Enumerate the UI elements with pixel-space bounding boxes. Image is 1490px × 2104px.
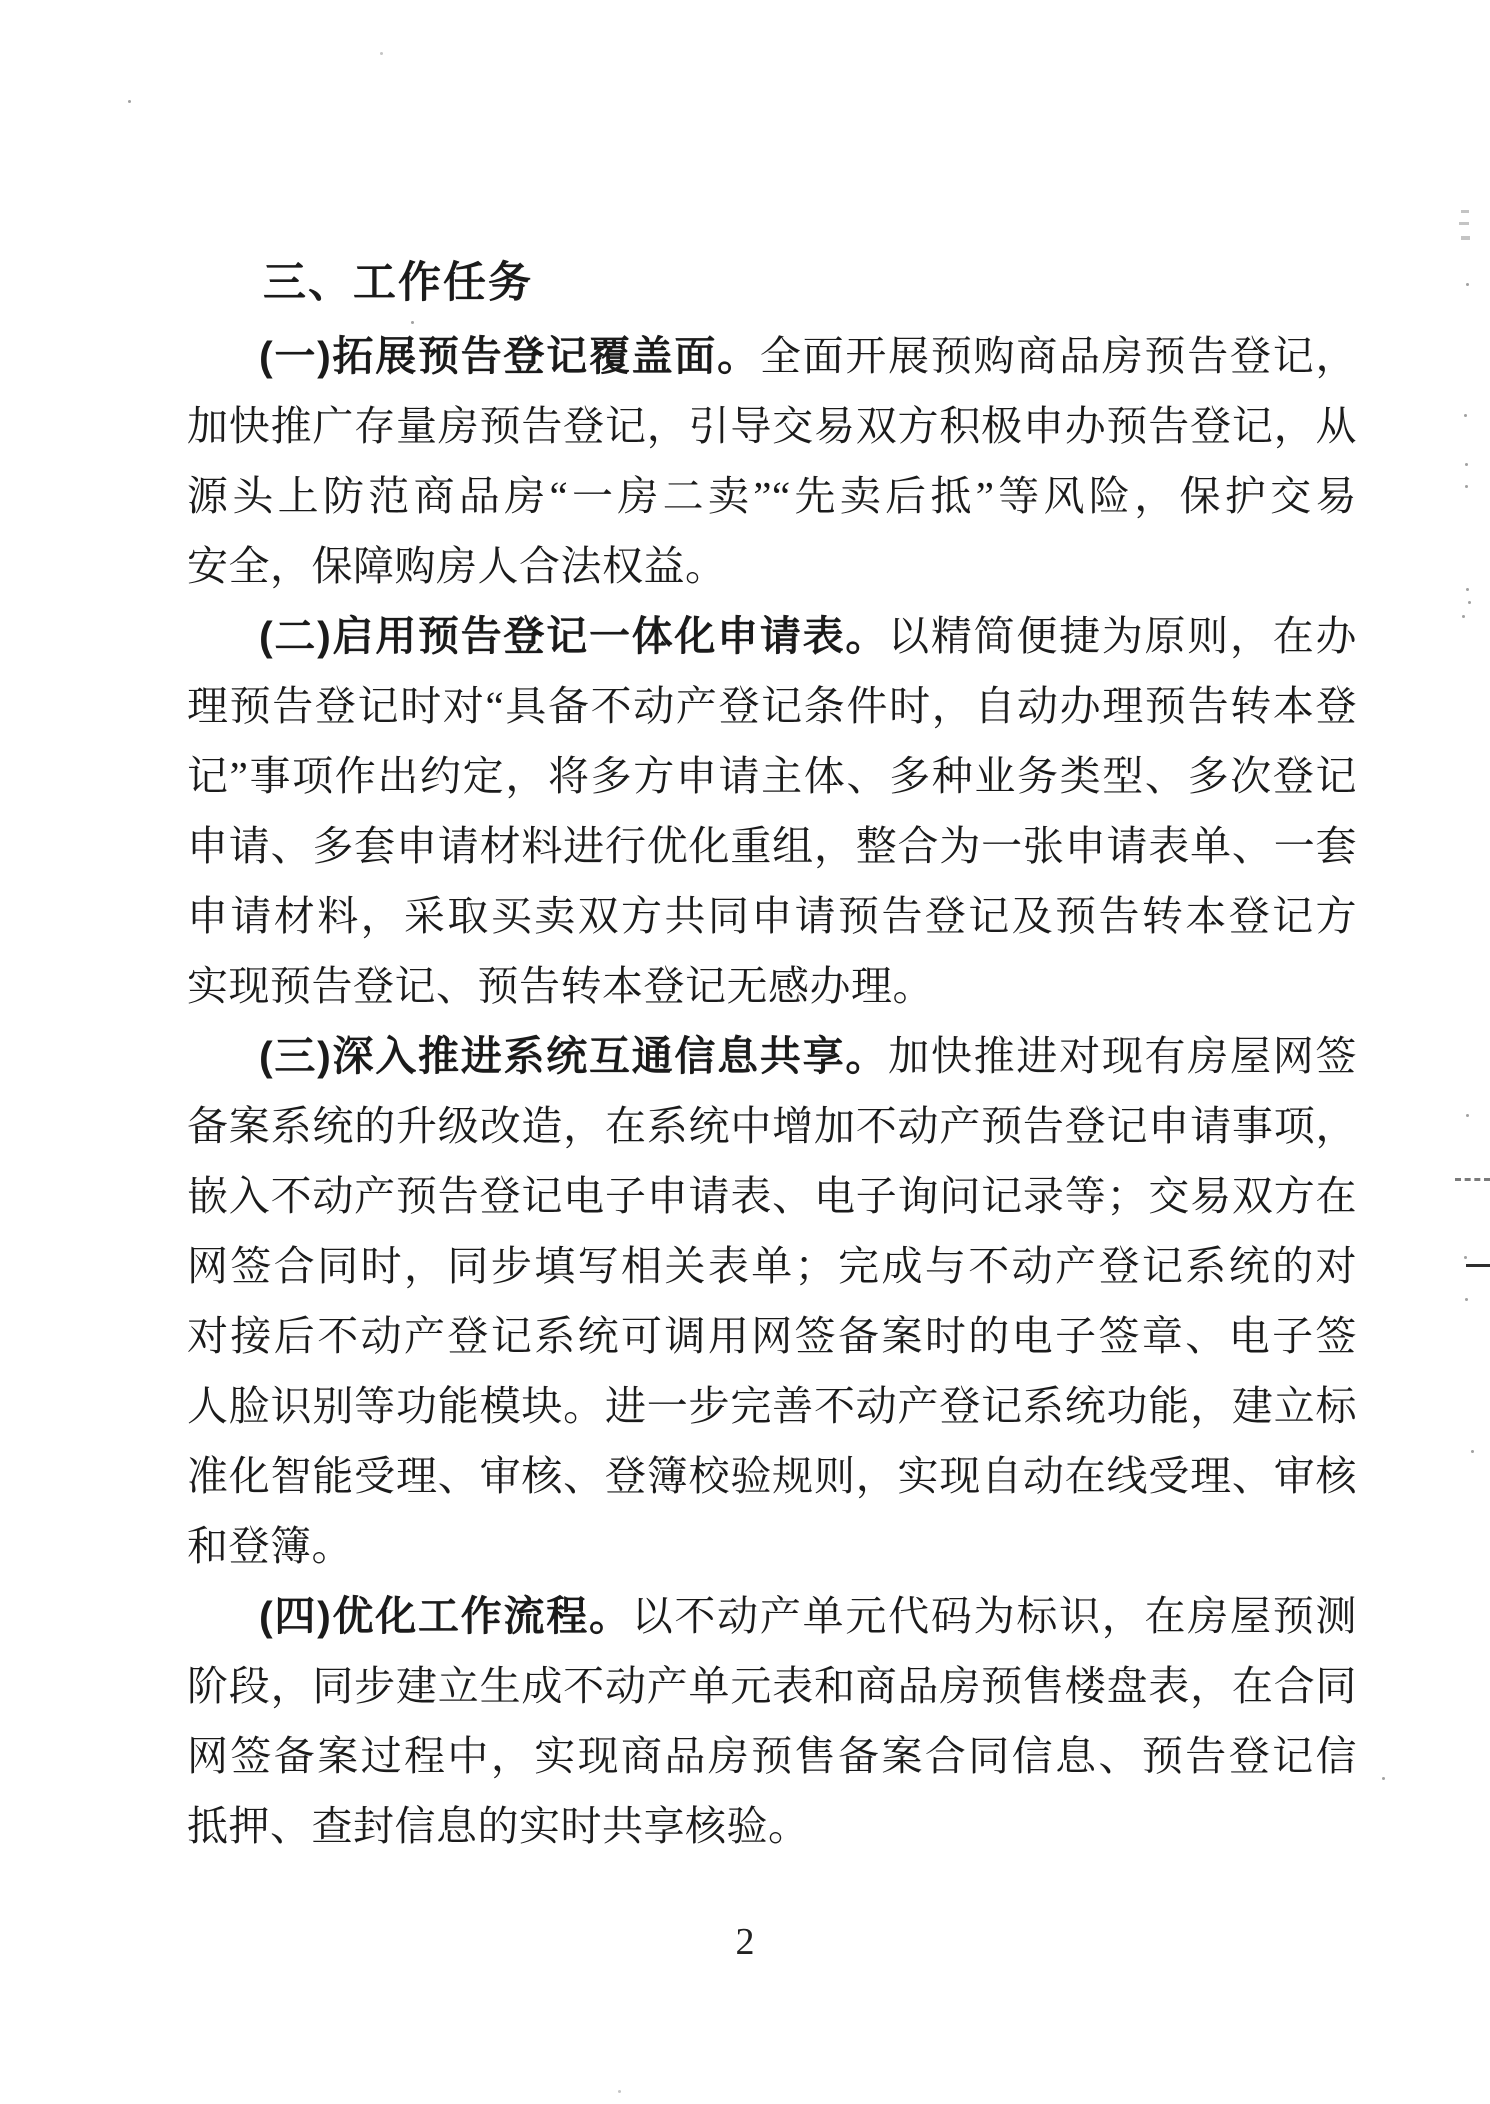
page-number: 2	[0, 1922, 1490, 1962]
scan-smudge	[1461, 210, 1469, 213]
scan-speck	[380, 52, 383, 55]
text-line: 安全，保障购房人合法权益。	[187, 531, 1357, 601]
text-line: 网签备案过程中，实现商品房预售备案合同信息、预告登记信息、	[187, 1721, 1357, 1791]
text-line: 对接后不动产登记系统可调用网签备案时的电子签章、电子签名、	[187, 1301, 1357, 1371]
text-line: 申请、多套申请材料进行优化重组，整合为一张申请表单、一套	[187, 811, 1357, 881]
text-line: (二)启用预告登记一体化申请表。以精简便捷为原则，在办	[187, 601, 1357, 671]
text-line: 理预告登记时对“具备不动产登记条件时，自动办理预告转本登	[187, 671, 1357, 741]
line-text: 对接后不动产登记系统可调用网签备案时的电子签章、电子签名、	[187, 1313, 1357, 1371]
line-text: 备案系统的升级改造，在系统中增加不动产预告登记申请事项，	[187, 1103, 1357, 1149]
text-line: 备案系统的升级改造，在系统中增加不动产预告登记申请事项，	[187, 1091, 1357, 1161]
line-text: 实现预告登记、预告转本登记无感办理。	[187, 963, 934, 1009]
line-text: 安全，保障购房人合法权益。	[187, 543, 727, 589]
scan-speck	[1465, 463, 1468, 466]
text-line: 和登簿。	[187, 1511, 1357, 1581]
text-line: 实现预告登记、预告转本登记无感办理。	[187, 951, 1357, 1021]
scan-line-mark	[1466, 1264, 1490, 1267]
text-line: (四)优化工作流程。以不动产单元代码为标识，在房屋预测	[187, 1581, 1357, 1651]
scan-speck	[128, 100, 131, 103]
scan-speck	[1462, 615, 1465, 618]
paragraph-lead-bold: (四)优化工作流程。	[259, 1593, 632, 1639]
scan-smudge	[1459, 222, 1469, 225]
paragraph-lead-bold: (一)拓展预告登记覆盖面。	[259, 333, 760, 379]
text-line: 加快推广存量房预告登记，引导交易双方积极申办预告登记，从	[187, 391, 1357, 461]
paragraph-lead-bold: (二)启用预告登记一体化申请表。	[259, 613, 888, 659]
scanned-document-page: { "page": { "number": "2" }, "document":…	[0, 0, 1490, 2104]
scan-smudge	[1461, 236, 1470, 240]
text-line: 抵押、查封信息的实时共享核验。	[187, 1791, 1357, 1861]
scan-speck	[1466, 588, 1469, 591]
text-line: (一)拓展预告登记覆盖面。全面开展预购商品房预告登记，	[187, 321, 1357, 391]
text-line: 源头上防范商品房“一房二卖”“先卖后抵”等风险，保护交易	[187, 461, 1357, 531]
scan-speck	[1382, 1777, 1385, 1780]
line-text: 申请材料，采取买卖双方共同申请预告登记及预告转本登记方式，	[187, 893, 1357, 951]
scan-speck	[1466, 283, 1469, 286]
text-line: 嵌入不动产预告登记电子申请表、电子询问记录等；交易双方在	[187, 1161, 1357, 1231]
scan-speck	[411, 321, 414, 324]
scan-speck	[1465, 1298, 1468, 1301]
line-text: 加快推进对现有房屋网签	[888, 1033, 1357, 1079]
paragraph-lead-bold: (三)深入推进系统互通信息共享。	[259, 1033, 888, 1079]
line-text: 嵌入不动产预告登记电子申请表、电子询问记录等；交易双方在	[187, 1173, 1357, 1219]
line-text: 记”事项作出约定，将多方申请主体、多种业务类型、多次登记	[187, 753, 1357, 799]
line-text: 网签备案过程中，实现商品房预售备案合同信息、预告登记信息、	[187, 1733, 1357, 1791]
line-text: 以精简便捷为原则，在办	[888, 613, 1357, 659]
text-line: 申请材料，采取买卖双方共同申请预告登记及预告转本登记方式，	[187, 881, 1357, 951]
scan-speck	[1464, 414, 1467, 417]
section-heading: 三、工作任务	[187, 246, 1357, 321]
scan-dashed-mark	[1455, 1178, 1490, 1181]
line-text: 人脸识别等功能模块。进一步完善不动产登记系统功能，建立标	[187, 1383, 1357, 1429]
scan-speck	[618, 2090, 621, 2093]
line-text: 阶段，同步建立生成不动产单元表和商品房预售楼盘表，在合同	[187, 1663, 1357, 1709]
line-text: 准化智能受理、审核、登簿校验规则，实现自动在线受理、审核	[187, 1453, 1357, 1499]
line-text: 加快推广存量房预告登记，引导交易双方积极申办预告登记，从	[187, 403, 1357, 449]
document-body: 三、工作任务 (一)拓展预告登记覆盖面。全面开展预购商品房预告登记， 加快推广存…	[187, 246, 1357, 1861]
line-text: 和登簿。	[187, 1523, 353, 1569]
text-line: 记”事项作出约定，将多方申请主体、多种业务类型、多次登记	[187, 741, 1357, 811]
scan-speck	[1471, 1450, 1474, 1453]
line-text: 全面开展预购商品房预告登记，	[760, 333, 1357, 379]
line-text: 源头上防范商品房“一房二卖”“先卖后抵”等风险，保护交易	[187, 473, 1357, 519]
scan-speck	[1465, 485, 1468, 488]
line-text: 网签合同时，同步填写相关表单；完成与不动产登记系统的对接，	[187, 1243, 1357, 1301]
text-line: 阶段，同步建立生成不动产单元表和商品房预售楼盘表，在合同	[187, 1651, 1357, 1721]
line-text: 申请、多套申请材料进行优化重组，整合为一张申请表单、一套	[187, 823, 1357, 869]
section-heading-text: 三、工作任务	[263, 259, 533, 307]
text-line: 准化智能受理、审核、登簿校验规则，实现自动在线受理、审核	[187, 1441, 1357, 1511]
scan-speck	[1466, 1114, 1469, 1117]
scan-speck	[1468, 601, 1471, 604]
line-text: 抵押、查封信息的实时共享核验。	[187, 1803, 810, 1849]
line-text: 理预告登记时对“具备不动产登记条件时，自动办理预告转本登	[187, 683, 1357, 729]
text-line: 人脸识别等功能模块。进一步完善不动产登记系统功能，建立标	[187, 1371, 1357, 1441]
scan-speck	[1464, 1256, 1467, 1259]
text-line: 网签合同时，同步填写相关表单；完成与不动产登记系统的对接，	[187, 1231, 1357, 1301]
line-text: 以不动产单元代码为标识，在房屋预测	[632, 1593, 1357, 1639]
text-line: (三)深入推进系统互通信息共享。加快推进对现有房屋网签	[187, 1021, 1357, 1091]
